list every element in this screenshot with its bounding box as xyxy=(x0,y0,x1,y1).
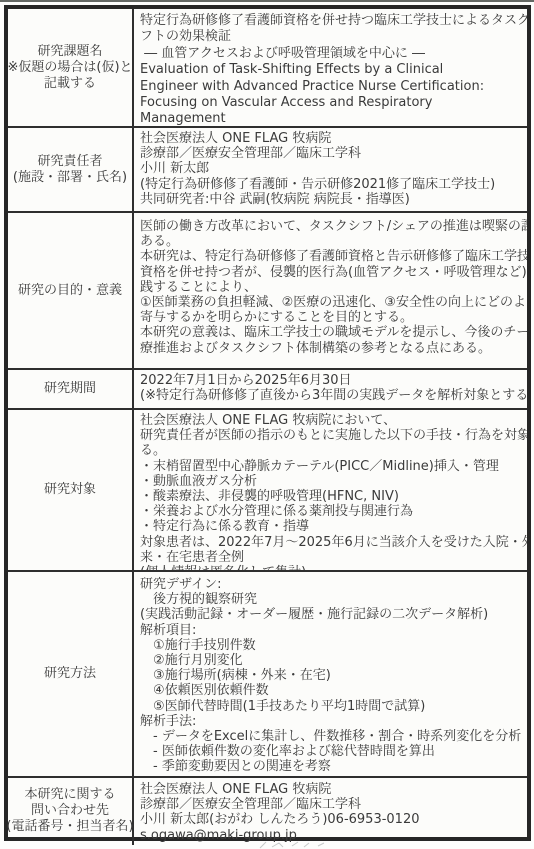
text-line: 研究対象 xyxy=(44,482,96,498)
text-line: 践することにより、 xyxy=(140,280,524,295)
text-line: 研究責任者 xyxy=(37,154,102,170)
table-row-contact: 本研究に関する問い合わせ先(電話番号・担当者名) 社会医療法人 ONE FLAG… xyxy=(8,778,527,845)
text-line: 後方視的観察研究 xyxy=(140,592,524,607)
table-row-purpose: 研究の目的・意義 医師の働き方改革において、タスクシフト/シェアの推進は喫緊の課… xyxy=(8,213,527,370)
text-line: 社会医療法人 ONE FLAG 牧病院 xyxy=(140,782,524,797)
row-content-title: 特定行為研修修了看護師資格を併せ持つ臨床工学技士によるタスクシフトの効果検証 ―… xyxy=(134,9,527,126)
text-line: ※仮題の場合は(仮)と xyxy=(7,60,132,76)
text-line: 研究の目的・意義 xyxy=(18,283,122,299)
text-line: 診療部／医療安全管理部／臨床工学科 xyxy=(140,797,524,812)
table-row-period: 研究期間 2022年7月1日から2025年6月30日(※特定行為研修修了直後から… xyxy=(8,370,527,410)
text-line: 小川 新太郎 xyxy=(140,161,524,176)
text-line: (実践活動記録・オーダー履歴・施行記録の二次データ解析) xyxy=(140,607,524,622)
row-content-methods: 研究デザイン: 後方視的観察研究(実践活動記録・オーダー履歴・施行記録の二次デー… xyxy=(134,572,527,776)
text-line: 対象患者は、2022年7月〜2025年6月に当該介入を受けた入院・外 xyxy=(140,535,524,550)
text-line: ④依頼医別依頼件数 xyxy=(140,683,524,698)
text-line: (個人情報は匿名化して集計)。 xyxy=(140,565,524,570)
text-line: (※特定行為研修修了直後から3年間の実践データを解析対象とする) xyxy=(140,388,524,403)
text-line: ・特定行為に係る教育・指導 xyxy=(140,519,524,534)
text-line: (電話番号・担当者名) xyxy=(6,819,133,835)
table-row-methods: 研究方法 研究デザイン: 後方視的観察研究(実践活動記録・オーダー履歴・施行記録… xyxy=(8,572,527,778)
text-line: Focusing on Vascular Access and Respirat… xyxy=(140,95,524,111)
text-line: 解析項目: xyxy=(140,623,524,638)
text-line: る。 xyxy=(140,443,524,458)
text-line: ・栄養および水分管理に係る薬剤投与関連行為 xyxy=(140,504,524,519)
text-line: 小川 新太郎(おがわ しんたろう)06-6953-0120 xyxy=(140,812,524,827)
text-line: - 季節変動要因との関連を考察 xyxy=(140,759,524,774)
text-line: 資格を併せ持つ者が、侵襲的医行為(血管アクセス・呼吸管理など)を実 xyxy=(140,265,524,280)
row-content-principal-investigator: 社会医療法人 ONE FLAG 牧病院診療部／医療安全管理部／臨床工学科小川 新… xyxy=(134,128,527,211)
text-line: 来・在宅患者全例 xyxy=(140,550,524,565)
row-label-methods: 研究方法 xyxy=(8,572,134,776)
table-row-principal-investigator: 研究責任者(施設・部署・氏名) 社会医療法人 ONE FLAG 牧病院診療部／医… xyxy=(8,128,527,213)
row-content-subjects: 社会医療法人 ONE FLAG 牧病院において、研究責任者が医師の指示のもとに実… xyxy=(134,410,527,570)
row-label-title: 研究課題名※仮題の場合は(仮)と記載する xyxy=(8,9,134,126)
row-label-contact: 本研究に関する問い合わせ先(電話番号・担当者名) xyxy=(8,778,134,845)
text-line: フトの効果検証 xyxy=(140,29,524,45)
text-line: (施設・部署・氏名) xyxy=(13,170,127,186)
text-line: - データをExcelに集計し、件数推移・割合・時系列変化を分析 xyxy=(140,729,524,744)
text-line: 記載する xyxy=(44,76,96,92)
text-line: ・末梢留置型中心静脈カテーテル(PICC／Midline)挿入・管理 xyxy=(140,459,524,474)
text-line: 社会医療法人 ONE FLAG 牧病院 xyxy=(140,131,524,146)
scanned-document-page: { "colors":{ "border":"#262626", "grid":… xyxy=(0,0,534,849)
text-line: ①施行手技別件数 xyxy=(140,638,524,653)
scan-edge-artifact xyxy=(0,0,534,2)
text-line: 2022年7月1日から2025年6月30日 xyxy=(140,373,524,388)
text-line: 本研究に関する xyxy=(24,787,115,803)
table-row-title: 研究課題名※仮題の場合は(仮)と記載する 特定行為研修修了看護師資格を併せ持つ臨… xyxy=(8,9,527,128)
text-line: 研究期間 xyxy=(44,381,96,397)
text-line: ⑤医師代替時間(1手技あたり平均1時間で試算) xyxy=(140,699,524,714)
text-line: ②施行月別変化 xyxy=(140,653,524,668)
text-line: 診療部／医療安全管理部／臨床工学科 xyxy=(140,146,524,161)
text-line: ①医師業務の負担軽減、②医療の迅速化、③安全性の向上にどのように xyxy=(140,295,524,310)
row-label-period: 研究期間 xyxy=(8,370,134,408)
text-line: ・酸素療法、非侵襲的呼吸管理(HFNC, NIV) xyxy=(140,489,524,504)
research-summary-table: 研究課題名※仮題の場合は(仮)と記載する 特定行為研修修了看護師資格を併せ持つ臨… xyxy=(4,5,531,841)
text-line: 研究デザイン: xyxy=(140,577,524,592)
row-label-purpose: 研究の目的・意義 xyxy=(8,213,134,368)
text-line: 寄与するかを明らかにすることを目的とする。 xyxy=(140,310,524,325)
row-content-purpose: 医師の働き方改革において、タスクシフト/シェアの推進は喫緊の課題である。本研究は… xyxy=(134,213,527,368)
text-line: 研究方法 xyxy=(44,666,96,682)
text-line: 解析手法: xyxy=(140,714,524,729)
text-line: 社会医療法人 ONE FLAG 牧病院において、 xyxy=(140,413,524,428)
row-content-period: 2022年7月1日から2025年6月30日(※特定行為研修修了直後から3年間の実… xyxy=(134,370,527,408)
text-line: (特定行為研修修了看護師・告示研修2021修了臨床工学技士) xyxy=(140,177,524,192)
text-line: 問い合わせ先 xyxy=(31,803,109,819)
text-line: ・動脈血液ガス分析 xyxy=(140,474,524,489)
text-line: 本研究は、特定行為研修修了看護師資格と告示研修修了臨床工学技士 xyxy=(140,249,524,264)
text-line: 研究責任者が医師の指示のもとに実施した以下の手技・行為を対象とす xyxy=(140,428,524,443)
text-line: 医師の働き方改革において、タスクシフト/シェアの推進は喫緊の課題で xyxy=(140,219,524,234)
text-line: - 医師依頼件数の変化率および総代替時間を算出 xyxy=(140,744,524,759)
row-content-contact: 社会医療法人 ONE FLAG 牧病院診療部／医療安全管理部／臨床工学科小川 新… xyxy=(134,778,527,845)
text-line: 特定行為研修修了看護師資格を併せ持つ臨床工学技士によるタスクシ xyxy=(140,13,524,29)
text-line: ある。 xyxy=(140,234,524,249)
text-line: 研究課題名 xyxy=(37,44,102,60)
text-line: 本研究の意義は、臨床工学技士の職域モデルを提示し、今後のチーム医 xyxy=(140,325,524,340)
text-line: Evaluation of Task-Shifting Effects by a… xyxy=(140,62,524,78)
row-label-principal-investigator: 研究責任者(施設・部署・氏名) xyxy=(8,128,134,211)
text-line: Management xyxy=(140,111,524,126)
row-label-subjects: 研究対象 xyxy=(8,410,134,570)
table-row-subjects: 研究対象 社会医療法人 ONE FLAG 牧病院において、研究責任者が医師の指示… xyxy=(8,410,527,572)
text-line: 共同研究者:中谷 武嗣(牧病院 病院長・指導医) xyxy=(140,192,524,207)
text-line: 療推進およびタスクシフト体制構築の参考となる点にある。 xyxy=(140,341,524,356)
pencil-mark-artifact xyxy=(252,841,344,849)
text-line: Engineer with Advanced Practice Nurse Ce… xyxy=(140,79,524,95)
text-line: ― 血管アクセスおよび呼吸管理領域を中心に ― xyxy=(140,46,524,62)
text-line: ③施行場所(病棟・外来・在宅) xyxy=(140,668,524,683)
